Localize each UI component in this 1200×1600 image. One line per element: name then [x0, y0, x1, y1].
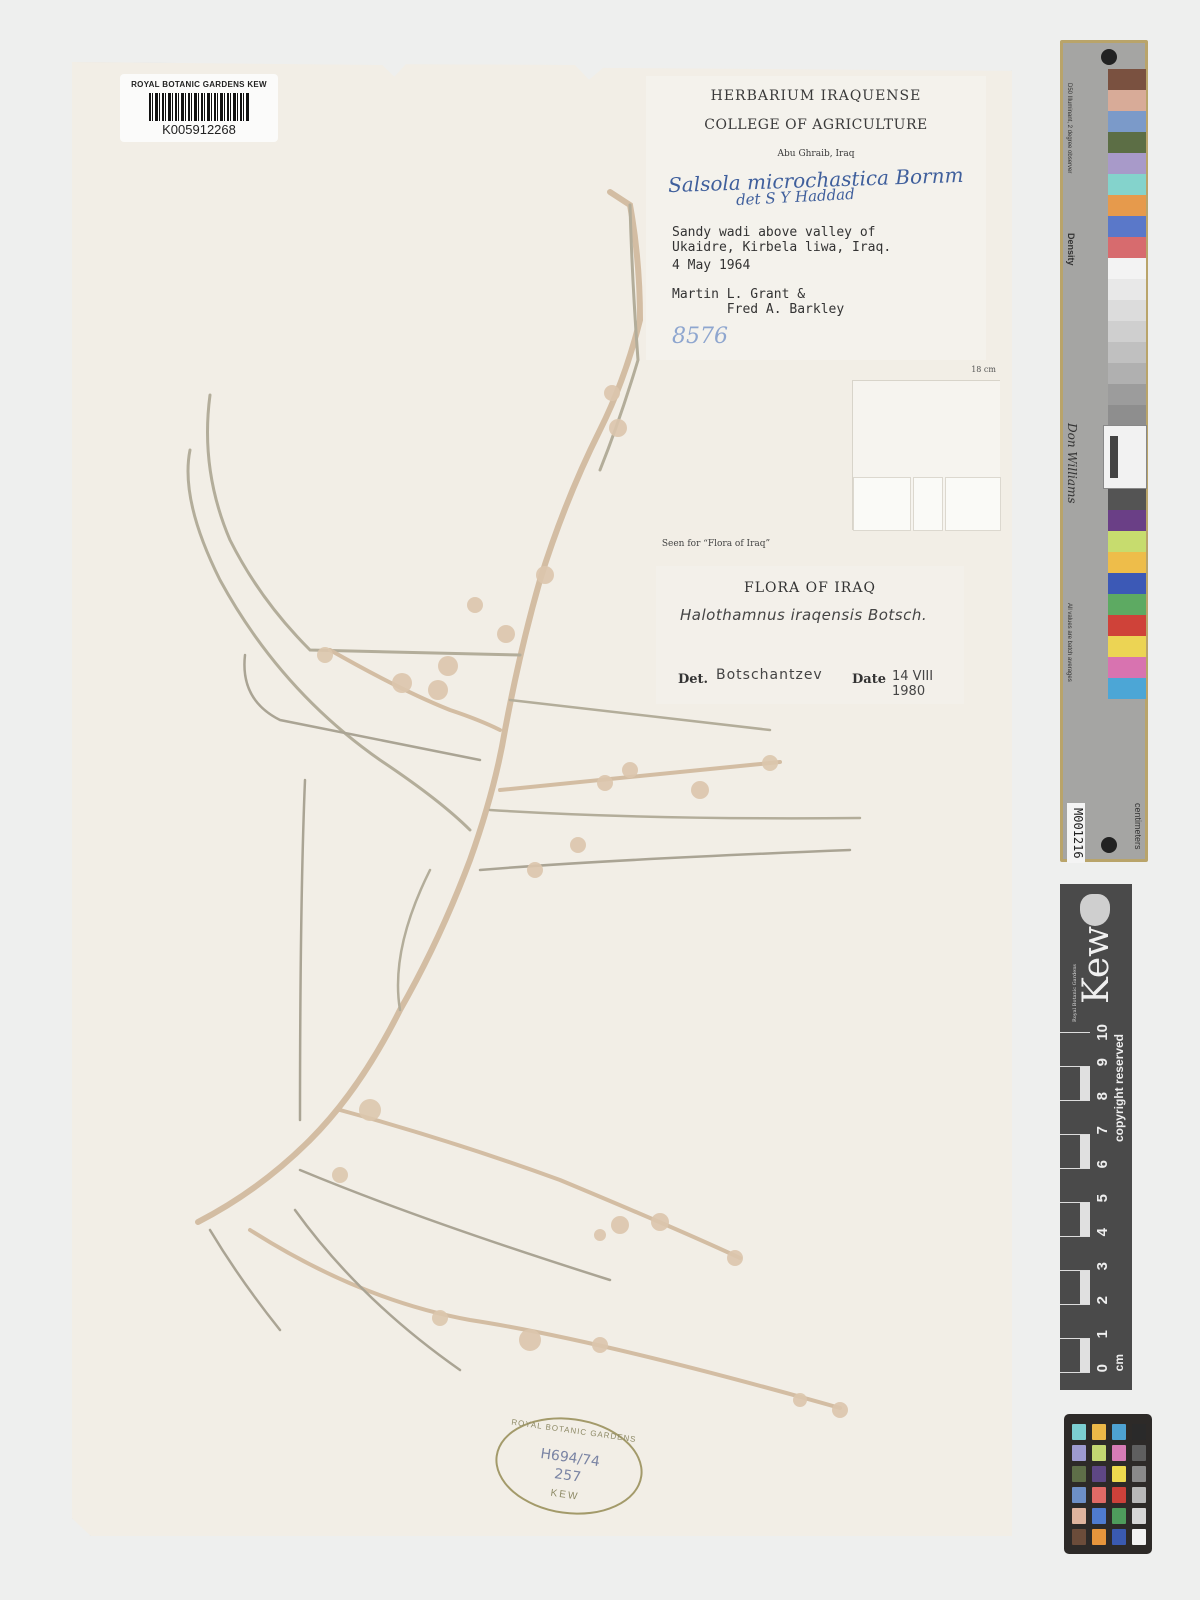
seen-for-note: Seen for “Flora of Iraq”	[648, 538, 784, 551]
illuminant-note: D50 Illuminant, 2 degree observer	[1066, 83, 1072, 173]
colour-patch	[1108, 573, 1146, 594]
ruler-number: 5	[1094, 1194, 1111, 1202]
checker-cell	[1112, 1487, 1126, 1503]
checker-cell	[1092, 1529, 1106, 1545]
checker-cell	[1132, 1508, 1146, 1524]
ruler-tick	[1060, 1304, 1090, 1338]
checker-cell	[1092, 1487, 1106, 1503]
flora-title: FLORA OF IRAQ	[656, 580, 964, 596]
checker-cell	[1132, 1424, 1146, 1440]
det-value: Botschantzev	[716, 667, 823, 683]
colour-patch	[1108, 279, 1146, 300]
checker-cell	[1092, 1424, 1106, 1440]
ruler-number: 7	[1094, 1126, 1111, 1134]
colour-patch	[1108, 552, 1146, 573]
ruler-tick	[1060, 1372, 1090, 1406]
det-label: Det.	[678, 672, 708, 687]
ruler-tick	[1060, 1270, 1090, 1304]
checker-cell	[1112, 1508, 1126, 1524]
colour-patch	[1108, 174, 1146, 195]
colour-patch	[1108, 195, 1146, 216]
checker-cell	[1072, 1466, 1086, 1482]
checker-cell	[1072, 1487, 1086, 1503]
ruler-number: 0	[1094, 1364, 1111, 1372]
colour-patch	[1108, 531, 1146, 552]
ruler-tick	[1060, 1066, 1090, 1100]
colour-patch	[1108, 258, 1146, 279]
ruler-number: 8	[1094, 1092, 1111, 1100]
colour-checker-card	[1064, 1414, 1152, 1554]
colour-scale-strip: inches D50 Illuminant, 2 degree observer…	[1060, 40, 1148, 862]
checker-cell	[1112, 1529, 1126, 1545]
punch-hole-icon	[1101, 49, 1117, 65]
herbarium-name: HERBARIUM IRAQUENSE	[646, 88, 986, 104]
checker-cell	[1132, 1445, 1146, 1461]
ruler-number: 10	[1094, 1024, 1111, 1041]
checker-cell	[1072, 1445, 1086, 1461]
ruler-tick	[1060, 1236, 1090, 1270]
units-centimeters: centimeters	[1133, 803, 1143, 850]
colour-patch	[1108, 90, 1146, 111]
colour-patch	[1108, 132, 1146, 153]
date-value: 14 VIII 1980	[892, 669, 964, 699]
collection-date: 4 May 1964	[672, 258, 750, 273]
packet-flap	[913, 477, 943, 531]
checker-cell	[1092, 1508, 1106, 1524]
institution-name: ROYAL BOTANIC GARDENS KEW	[131, 80, 267, 89]
kew-subtitle: Royal Botanic Gardens	[1072, 964, 1078, 1022]
ruler-tick	[1060, 1100, 1090, 1134]
barcode-label: ROYAL BOTANIC GARDENS KEW K005912268	[120, 74, 278, 142]
ruler-tick	[1060, 1168, 1090, 1202]
colour-patch	[1108, 657, 1146, 678]
checker-cell	[1112, 1424, 1126, 1440]
determination-slip: FLORA OF IRAQ Halothamnus iraqensis Bots…	[656, 566, 964, 704]
resolution-target	[1103, 425, 1147, 489]
punch-hole-icon	[1101, 837, 1117, 853]
colour-patch	[1108, 111, 1146, 132]
colour-patch	[1108, 489, 1146, 510]
checker-cell	[1112, 1466, 1126, 1482]
colour-patch	[1108, 69, 1146, 90]
checker-cell	[1132, 1529, 1146, 1545]
colour-patch	[1108, 405, 1146, 426]
checker-cell	[1072, 1529, 1086, 1545]
ruler-number: 6	[1094, 1160, 1111, 1168]
batch-note: All values are batch averages	[1066, 603, 1072, 682]
collection-locality: Sandy wadi above valley of Ukaidre, Kirb…	[672, 225, 891, 255]
ruler-ticks	[1060, 1032, 1090, 1372]
packet-flap	[945, 477, 1001, 531]
checker-cell	[1112, 1445, 1126, 1461]
scale-id-tag: M001216	[1067, 803, 1085, 863]
copyright-text: copyright reserved	[1112, 1034, 1126, 1142]
ruler-number: 3	[1094, 1262, 1111, 1270]
checker-cell	[1132, 1466, 1146, 1482]
packet-mark: 18 cm	[971, 365, 996, 374]
ruler-number: 9	[1094, 1058, 1111, 1066]
plant-specimen-image	[0, 0, 1200, 1600]
date-label: Date	[852, 672, 886, 687]
scale-brand: Don Williams	[1065, 423, 1079, 504]
colour-patch	[1108, 636, 1146, 657]
collectors: Martin L. Grant & Fred A. Barkley	[672, 287, 844, 317]
checker-cell	[1072, 1424, 1086, 1440]
checker-cell	[1092, 1466, 1106, 1482]
college-name: COLLEGE OF AGRICULTURE	[646, 117, 986, 133]
colour-patch	[1108, 300, 1146, 321]
ruler-tick	[1060, 1338, 1090, 1372]
colour-patch	[1108, 321, 1146, 342]
collector-number: 8576	[672, 324, 728, 349]
ruler-number: 1	[1094, 1330, 1111, 1338]
ruler-tick	[1060, 1032, 1090, 1066]
kew-crest-icon	[1080, 894, 1110, 926]
colour-patch	[1108, 384, 1146, 405]
colour-patch	[1108, 216, 1146, 237]
colour-patch	[1108, 678, 1146, 699]
fragment-packet: 18 cm	[852, 380, 1000, 530]
colour-patch	[1108, 342, 1146, 363]
packet-flap	[853, 477, 911, 531]
checker-cell	[1072, 1508, 1086, 1524]
barcode-icon	[149, 93, 249, 121]
herbarium-label: HERBARIUM IRAQUENSE COLLEGE OF AGRICULTU…	[646, 76, 986, 360]
barcode-number: K005912268	[162, 122, 236, 137]
herbarium-location: Abu Ghraib, Iraq	[646, 149, 986, 159]
density-label: Density	[1066, 233, 1076, 266]
kew-logo: Kew	[1076, 926, 1117, 1004]
checker-cell	[1132, 1487, 1146, 1503]
ruler-tick	[1060, 1134, 1090, 1168]
colour-patch	[1108, 363, 1146, 384]
colour-patch	[1108, 237, 1146, 258]
checker-cell	[1092, 1445, 1106, 1461]
ruler-number: 2	[1094, 1296, 1111, 1304]
colour-patch	[1108, 510, 1146, 531]
colour-patch	[1108, 153, 1146, 174]
colour-patch	[1108, 594, 1146, 615]
ruler-number: 4	[1094, 1228, 1111, 1236]
ruler-unit: cm	[1112, 1354, 1126, 1371]
colour-patch	[1108, 615, 1146, 636]
kew-scale-ruler: Kew Royal Botanic Gardens copyright rese…	[1060, 884, 1132, 1390]
ruler-tick	[1060, 1202, 1090, 1236]
colour-patches	[1108, 69, 1146, 699]
taxon-name: Halothamnus iraqensis Botsch.	[680, 606, 927, 624]
